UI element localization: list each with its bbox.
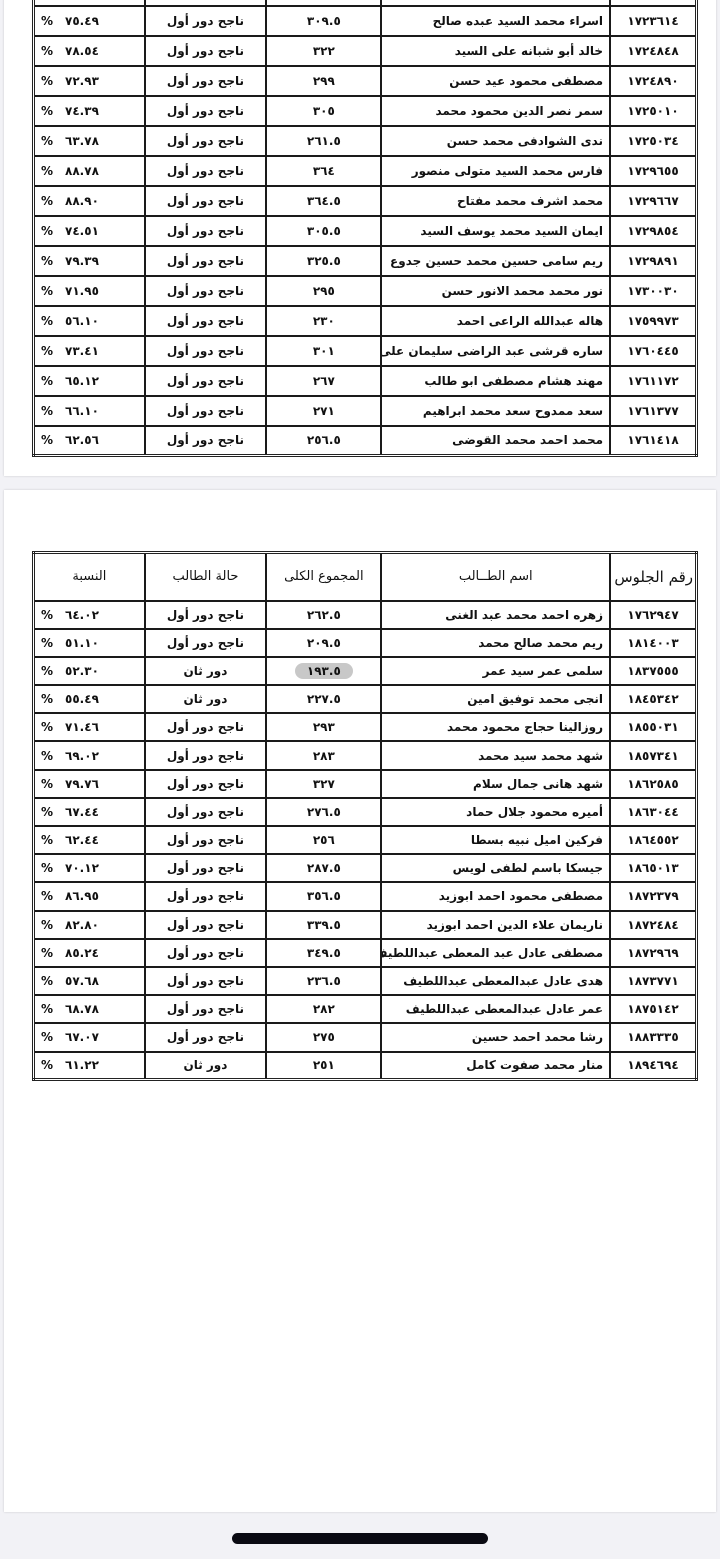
student-status: ناجح دور أول [145,156,266,186]
total-score: ٢٢٧.٥ [266,685,381,713]
percentage: %٦٨.٧٨ [34,995,145,1023]
total-score: ٣٠٥ [266,96,381,126]
seat-number: ١٨٦٣٠٤٤ [610,798,696,826]
percentage: %٧٩.٧٦ [34,770,145,798]
table-row: ١٧٢٩٨٥٤ايمان السيد محمد يوسف السيد٣٠٥.٥ن… [34,216,697,246]
percentage-value: ٦٩.٠٢ [65,749,99,763]
student-name: هاله عبدالله الراعى احمد [381,306,610,336]
seat-number: ١٧٢٩٨٥٤ [610,216,696,246]
seat-number: ١٨٤٥٣٤٢ [610,685,696,713]
percentage: %٧٣.٤١ [34,336,145,366]
student-status: ناجح دور أول [145,426,266,456]
student-name: شهد هانى جمال سلام [381,770,610,798]
seat-number: ١٨٦٤٥٥٢ [610,826,696,854]
student-name: مصطفى محمود عيد حسن [381,66,610,96]
student-name: زهره احمد محمد عبد الغنى [381,601,610,629]
student-name: مهند هشام مصطفى ابو طالب [381,366,610,396]
total-score: ٣٦٤.٥ [266,186,381,216]
seat-number: ١٨٧٥١٤٢ [610,995,696,1023]
total-score: ٢٧٦.٥ [266,798,381,826]
student-name: ندى الشوادفى محمد حسن [381,126,610,156]
table-row: ١٨٧٢٩٦٩مصطفى عادل عبد المعطى عبداللطيف٣٤… [34,939,697,967]
percentage-value: ٥٥.٤٩ [65,692,99,706]
percentage-value: ٧٢.٩٣ [65,74,99,88]
percentage: %٦١.٢٢ [34,1052,145,1080]
table-row: ١٨٥٧٣٤١شهد محمد سيد محمد٢٨٣ناجح دور أول%… [34,741,697,769]
student-status: ناجح دور أول [145,629,266,657]
student-status: ناجح دور أول [145,995,266,1023]
student-status: ناجح دور أول [145,882,266,910]
table-row: ١٨٦٢٥٨٥شهد هانى جمال سلام٣٢٧ناجح دور أول… [34,770,697,798]
percent-sign: % [41,164,53,178]
percent-sign: % [41,374,53,388]
student-status: ناجح دور أول [145,66,266,96]
total-score: ١٩٣.٥ [266,657,381,685]
percentage-value: ٧٨.٥٤ [65,44,99,58]
total-score: ٢٥١ [266,1052,381,1080]
percent-sign: % [41,284,53,298]
table-row: ١٧٦٠٤٤٥ساره قرشى عبد الراضى سليمان على٣٠… [34,336,697,366]
seat-number: ١٨٣٧٥٥٥ [610,657,696,685]
percentage-value: ٦٨.٧٨ [65,1002,99,1016]
table-row: ١٧٦١١٧٢مهند هشام مصطفى ابو طالب٢٦٧ناجح د… [34,366,697,396]
seat-number: ١٨٥٥٠٣١ [610,713,696,741]
student-status: ناجح دور أول [145,967,266,995]
seat-number: ١٧٢٩٨٩١ [610,246,696,276]
student-name: محمد اشرف محمد مفتاح [381,186,610,216]
total-score: ٢٠٩.٥ [266,629,381,657]
student-status: ناجح دور أول [145,396,266,426]
percent-sign: % [41,134,53,148]
percentage: %٧١.٩٥ [34,276,145,306]
seat-number: ١٧٢٩٦٦٧ [610,186,696,216]
table-row: ١٨٦٥٠١٣جيسكا باسم لطفى لويس٢٨٧.٥ناجح دور… [34,854,697,882]
percentage-value: ٥٧.٦٨ [65,974,99,988]
student-name: عمر عادل عبدالمعطى عبداللطيف [381,995,610,1023]
table-row: ١٨١٤٠٠٣ريم محمد صالح محمد٢٠٩.٥ناجح دور أ… [34,629,697,657]
header-student-name: اسم الطــالب [381,553,610,601]
percent-sign: % [41,749,53,763]
student-status: ناجح دور أول [145,798,266,826]
student-name: أميره محمود جلال حماد [381,798,610,826]
percent-sign: % [41,254,53,268]
table-row: ١٧٥٩٩٧٣هاله عبدالله الراعى احمد٢٣٠ناجح د… [34,306,697,336]
percentage: %٥٦.١٠ [34,306,145,336]
total-score: ٣٦٤ [266,156,381,186]
table-row: ١٧٢٥٠٣٤ندى الشوادفى محمد حسن٢٦١.٥ناجح دو… [34,126,697,156]
percentage: %٧١.٤٦ [34,713,145,741]
percentage-value: ٦٧.٤٤ [65,805,99,819]
table-row: ١٨٩٤٦٩٤منار محمد صفوت كامل٢٥١دور ثان%٦١.… [34,1052,697,1080]
total-score: ٢٩٩ [266,66,381,96]
percentage-value: ٦١.٢٢ [65,1058,99,1072]
total-score: ٢٨٢ [266,995,381,1023]
student-status: ناجح دور أول [145,770,266,798]
table-row: ١٧٢٥٠١٠سمر نصر الدين محمود محمد٣٠٥ناجح د… [34,96,697,126]
student-status: ناجح دور أول [145,854,266,882]
student-name: شهد محمد سيد محمد [381,741,610,769]
percent-sign: % [41,918,53,932]
student-status: ناجح دور أول [145,601,266,629]
percentage-value: ٧٥.٤٩ [65,14,99,28]
percent-sign: % [41,194,53,208]
percent-sign: % [41,889,53,903]
percentage-value: ٦٣.٧٨ [65,134,99,148]
percentage-value: ٧٩.٣٩ [65,254,99,268]
percentage-value: ٥١.١٠ [65,636,99,650]
table-row: ١٨٣٧٥٥٥سلمى عمر سيد عمر١٩٣.٥دور ثان%٥٢.٣… [34,657,697,685]
percentage: %٧٠.١٢ [34,854,145,882]
student-name: منار محمد صفوت كامل [381,1052,610,1080]
percentage-value: ٦٢.٥٦ [65,433,99,447]
percent-sign: % [41,74,53,88]
table-row: ١٨٦٣٠٤٤أميره محمود جلال حماد٢٧٦.٥ناجح دو… [34,798,697,826]
percentage-value: ٦٧.٠٧ [65,1030,99,1044]
seat-number: ١٧٦١١٧٢ [610,366,696,396]
seat-number: ١٨٧٢٩٦٩ [610,939,696,967]
seat-number: ١٧٢٤٨٩٠ [610,66,696,96]
table-row: ١٨٧٥١٤٢عمر عادل عبدالمعطى عبداللطيف٢٨٢نا… [34,995,697,1023]
table-row: ١٧٢٤٨٤٨خالد أبو شبانه على السيد٣٢٢ناجح د… [34,36,697,66]
total-score: ٣٠٩.٥ [266,6,381,36]
percentage: %٧٥.٤٩ [34,6,145,36]
student-name: ريم محمد صالح محمد [381,629,610,657]
seat-number: ١٧٦١٣٧٧ [610,396,696,426]
student-name: سمر نصر الدين محمود محمد [381,96,610,126]
student-status: ناجح دور أول [145,741,266,769]
percentage-value: ٦٤.٠٢ [65,608,99,622]
percentage: %٥٧.٦٨ [34,967,145,995]
table-row: ١٧٢٩٨٩١ريم سامى حسين محمد حسين جدوع٣٢٥.٥… [34,246,697,276]
percentage: %٦٥.١٢ [34,366,145,396]
total-score: ٢٨٣ [266,741,381,769]
percentage: %٨٢.٨٠ [34,911,145,939]
table-row: ١٨٨٣٣٣٥رشا محمد احمد حسين٢٧٥ناجح دور أول… [34,1023,697,1051]
total-score: ٣٠١ [266,336,381,366]
percentage: %٦٢.٤٤ [34,826,145,854]
total-score: ٢٧٥ [266,1023,381,1051]
student-status: ناجح دور أول [145,336,266,366]
total-score: ٢٣٦.٥ [266,967,381,995]
table-row: ١٧٣٠٠٣٠نور محمد محمد الانور حسن٢٩٥ناجح د… [34,276,697,306]
total-score: ٢٦١.٥ [266,126,381,156]
percentage-value: ٧١.٩٥ [65,284,99,298]
percentage: %٨٨.٩٠ [34,186,145,216]
percentage-value: ٨٢.٨٠ [65,918,99,932]
seat-number: ١٧٢٣٦١٤ [610,6,696,36]
table-row: ١٧٦١٣٧٧سعد ممدوح سعد محمد ابراهيم٢٧١ناجح… [34,396,697,426]
percentage-value: ٧٣.٤١ [65,344,99,358]
percentage: %٨٨.٧٨ [34,156,145,186]
student-name: رشا محمد احمد حسين [381,1023,610,1051]
student-status: ناجح دور أول [145,246,266,276]
percentage-value: ٨٨.٩٠ [65,194,99,208]
student-status: ناجح دور أول [145,826,266,854]
student-status: ناجح دور أول [145,276,266,306]
home-indicator[interactable] [232,1533,488,1544]
student-name: خالد أبو شبانه على السيد [381,36,610,66]
percent-sign: % [41,224,53,238]
table-row: ١٧٢٩٦٦٧محمد اشرف محمد مفتاح٣٦٤.٥ناجح دور… [34,186,697,216]
student-name: انجى محمد توفيق امين [381,685,610,713]
student-status: ناجح دور أول [145,186,266,216]
total-score: ٢٦٢.٥ [266,601,381,629]
total-score: ٣٠٥.٥ [266,216,381,246]
student-name: روزالينا حجاج محمود محمد [381,713,610,741]
percent-sign: % [41,664,53,678]
percent-sign: % [41,608,53,622]
student-status: ناجح دور أول [145,366,266,396]
results-page-2: رقم الجلوس اسم الطــالب المجموع الكلى حا… [4,490,716,1512]
seat-number: ١٨٨٣٣٣٥ [610,1023,696,1051]
seat-number: ١٧٣٠٠٣٠ [610,276,696,306]
table-row: ١٨٦٤٥٥٢فركين اميل نبيه بسطا٢٥٦ناجح دور أ… [34,826,697,854]
seat-number: ١٨٦٥٠١٣ [610,854,696,882]
student-status: ناجح دور أول [145,939,266,967]
percentage: %٧٢.٩٣ [34,66,145,96]
percentage-value: ٦٢.٤٤ [65,833,99,847]
table-header-row: رقم الجلوس اسم الطــالب المجموع الكلى حا… [34,553,697,601]
highlighted-score: ١٩٣.٥ [295,663,353,679]
table-row: ١٨٧٢٣٧٩مصطفى محمود احمد ابوزيد٣٥٦.٥ناجح … [34,882,697,910]
table-row: ١٧٢٩٦٥٥فارس محمد السيد متولى منصور٣٦٤ناج… [34,156,697,186]
seat-number: ١٧٥٩٩٧٣ [610,306,696,336]
percentage: %٦٩.٠٢ [34,741,145,769]
percentage: %٦٦.١٠ [34,396,145,426]
header-total-score: المجموع الكلى [266,553,381,601]
student-status: ناجح دور أول [145,36,266,66]
total-score: ٣٥٦.٥ [266,882,381,910]
percent-sign: % [41,777,53,791]
percentage-value: ٧٤.٣٩ [65,104,99,118]
table-row: ١٨٧٣٧٧١هدى عادل عبدالمعطى عبداللطيف٢٣٦.٥… [34,967,697,995]
seat-number: ١٧٦١٤١٨ [610,426,696,456]
percentage-value: ٥٢.٣٠ [65,664,99,678]
percentage: %٧٤.٥١ [34,216,145,246]
student-name: ريم سامى حسين محمد حسين جدوع [381,246,610,276]
total-score: ٢٩٥ [266,276,381,306]
percentage-value: ٧٠.١٢ [65,861,99,875]
percent-sign: % [41,314,53,328]
percentage: %٧٨.٥٤ [34,36,145,66]
total-score: ٣٢٢ [266,36,381,66]
student-status: ناجح دور أول [145,6,266,36]
seat-number: ١٨٧٣٧٧١ [610,967,696,995]
seat-number: ١٧٦٠٤٤٥ [610,336,696,366]
total-score: ٢٣٠ [266,306,381,336]
results-table-1: ١٧٢٣٦١٤اسراء محمد السيد عبده صالح٣٠٩.٥نا… [32,0,698,457]
table-row: ١٧٢٤٨٩٠مصطفى محمود عيد حسن٢٩٩ناجح دور أو… [34,66,697,96]
student-status: ناجح دور أول [145,306,266,336]
percentage: %٦٧.٠٧ [34,1023,145,1051]
student-name: ناريمان علاء الدين احمد ابوزيد [381,911,610,939]
percentage-value: ٦٥.١٢ [65,374,99,388]
percent-sign: % [41,1002,53,1016]
student-name: مصطفى عادل عبد المعطى عبداللطيف [381,939,610,967]
percentage: %٦٤.٠٢ [34,601,145,629]
results-page-1: ١٧٢٣٦١٤اسراء محمد السيد عبده صالح٣٠٩.٥نا… [4,0,716,476]
student-status: دور ثان [145,1052,266,1080]
header-student-status: حالة الطالب [145,553,266,601]
student-status: ناجح دور أول [145,96,266,126]
percentage: %٧٤.٣٩ [34,96,145,126]
student-name: اسراء محمد السيد عبده صالح [381,6,610,36]
percentage-value: ٨٥.٢٤ [65,946,99,960]
percentage: %٥٢.٣٠ [34,657,145,685]
total-score: ٣٤٩.٥ [266,939,381,967]
percent-sign: % [41,805,53,819]
total-score: ٢٨٧.٥ [266,854,381,882]
student-name: ايمان السيد محمد يوسف السيد [381,216,610,246]
total-score: ٢٦٧ [266,366,381,396]
seat-number: ١٨٩٤٦٩٤ [610,1052,696,1080]
student-status: دور ثان [145,685,266,713]
total-score: ٢٥٦ [266,826,381,854]
total-score: ٢٧١ [266,396,381,426]
percentage: %٦٢.٥٦ [34,426,145,456]
table-row: ١٨٧٢٤٨٤ناريمان علاء الدين احمد ابوزيد٣٣٩… [34,911,697,939]
student-name: فركين اميل نبيه بسطا [381,826,610,854]
header-percentage: النسبة [34,553,145,601]
percent-sign: % [41,636,53,650]
seat-number: ١٧٢٥٠٣٤ [610,126,696,156]
table-row: ١٨٤٥٣٤٢انجى محمد توفيق امين٢٢٧.٥دور ثان%… [34,685,697,713]
percent-sign: % [41,14,53,28]
percentage: %٦٧.٤٤ [34,798,145,826]
percent-sign: % [41,1030,53,1044]
percentage: %٨٦.٩٥ [34,882,145,910]
student-name: هدى عادل عبدالمعطى عبداللطيف [381,967,610,995]
percentage-value: ٧١.٤٦ [65,720,99,734]
percentage-value: ٦٦.١٠ [65,404,99,418]
header-seat-number: رقم الجلوس [610,553,696,601]
student-name: سلمى عمر سيد عمر [381,657,610,685]
student-name: ساره قرشى عبد الراضى سليمان على [381,336,610,366]
percent-sign: % [41,404,53,418]
student-name: فارس محمد السيد متولى منصور [381,156,610,186]
percent-sign: % [41,692,53,706]
seat-number: ١٧٢٤٨٤٨ [610,36,696,66]
percentage-value: ٧٤.٥١ [65,224,99,238]
student-status: دور ثان [145,657,266,685]
seat-number: ١٨٦٢٥٨٥ [610,770,696,798]
percentage-value: ٨٨.٧٨ [65,164,99,178]
percentage-value: ٨٦.٩٥ [65,889,99,903]
seat-number: ١٨١٤٠٠٣ [610,629,696,657]
student-status: ناجح دور أول [145,126,266,156]
total-score: ٣٢٧ [266,770,381,798]
seat-number: ١٧٦٢٩٤٧ [610,601,696,629]
table-row: ١٧٦٢٩٤٧زهره احمد محمد عبد الغنى٢٦٢.٥ناجح… [34,601,697,629]
percent-sign: % [41,720,53,734]
seat-number: ١٧٢٥٠١٠ [610,96,696,126]
percent-sign: % [41,861,53,875]
results-table-2: رقم الجلوس اسم الطــالب المجموع الكلى حا… [32,551,698,1081]
table-row: ١٨٥٥٠٣١روزالينا حجاج محمود محمد٢٩٣ناجح د… [34,713,697,741]
student-name: محمد احمد محمد القوضى [381,426,610,456]
student-name: مصطفى محمود احمد ابوزيد [381,882,610,910]
percentage: %٦٣.٧٨ [34,126,145,156]
total-score: ٣٣٩.٥ [266,911,381,939]
percent-sign: % [41,44,53,58]
percent-sign: % [41,833,53,847]
percent-sign: % [41,974,53,988]
seat-number: ١٨٧٢٤٨٤ [610,911,696,939]
student-name: سعد ممدوح سعد محمد ابراهيم [381,396,610,426]
total-score: ٢٩٣ [266,713,381,741]
percentage: %٨٥.٢٤ [34,939,145,967]
percent-sign: % [41,946,53,960]
table-row: ١٧٢٣٦١٤اسراء محمد السيد عبده صالح٣٠٩.٥نا… [34,6,697,36]
percentage: %٧٩.٣٩ [34,246,145,276]
total-score: ٢٥٦.٥ [266,426,381,456]
student-name: جيسكا باسم لطفى لويس [381,854,610,882]
percentage: %٥٥.٤٩ [34,685,145,713]
student-status: ناجح دور أول [145,1023,266,1051]
student-status: ناجح دور أول [145,911,266,939]
percent-sign: % [41,433,53,447]
percent-sign: % [41,104,53,118]
percent-sign: % [41,344,53,358]
percentage: %٥١.١٠ [34,629,145,657]
percentage-value: ٥٦.١٠ [65,314,99,328]
seat-number: ١٨٧٢٣٧٩ [610,882,696,910]
seat-number: ١٧٢٩٦٥٥ [610,156,696,186]
student-status: ناجح دور أول [145,216,266,246]
percent-sign: % [41,1058,53,1072]
student-name: نور محمد محمد الانور حسن [381,276,610,306]
percentage-value: ٧٩.٧٦ [65,777,99,791]
student-status: ناجح دور أول [145,713,266,741]
table-row: ١٧٦١٤١٨محمد احمد محمد القوضى٢٥٦.٥ناجح دو… [34,426,697,456]
seat-number: ١٨٥٧٣٤١ [610,741,696,769]
total-score: ٣٢٥.٥ [266,246,381,276]
